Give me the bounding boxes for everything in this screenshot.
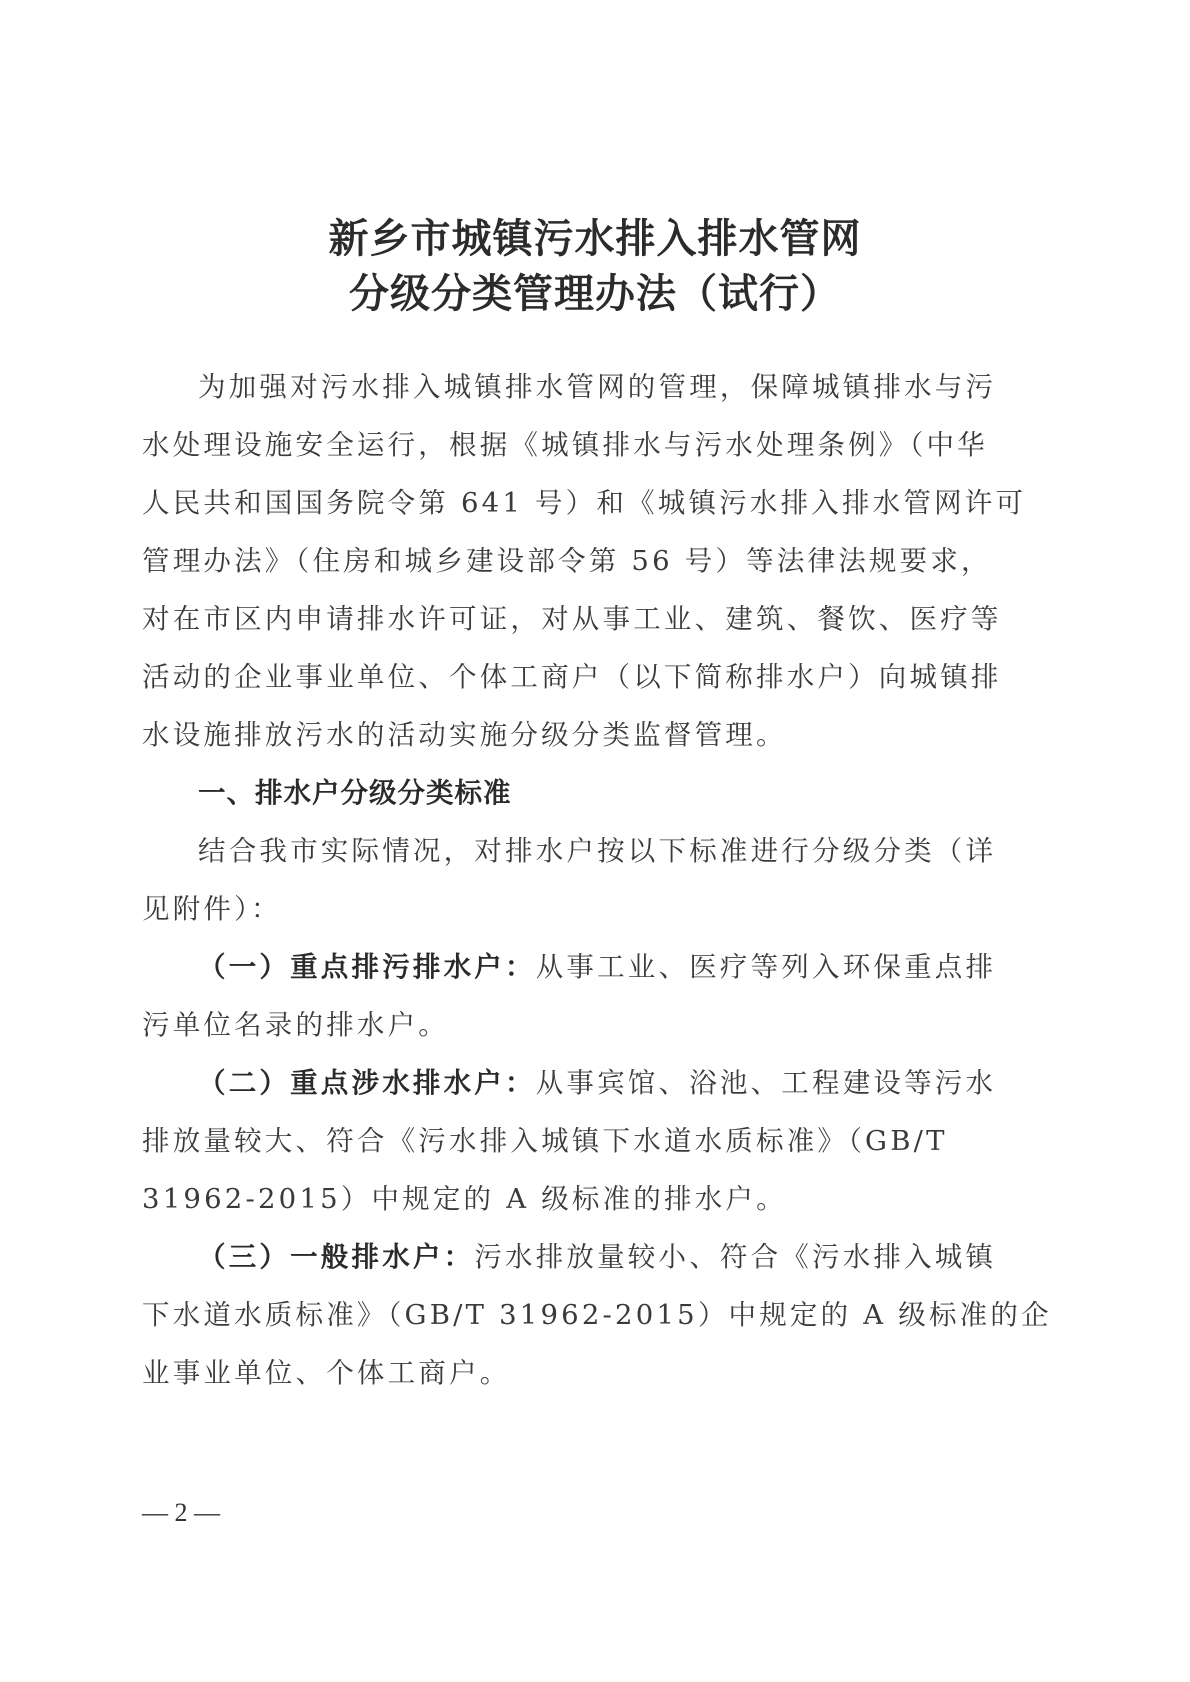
intro-line-4: 管理办法》（住房和城乡建设部令第 56 号）等法律法规要求， — [142, 544, 1022, 578]
list-item-3-line-3: 业事业单位、个体工商户。 — [142, 1356, 1022, 1390]
list-item-2-line-2: 排放量较大、符合《污水排入城镇下水道水质标准》（GB/T — [142, 1124, 1022, 1158]
list-item-3-line-1: （三）一般排水户：污水排放量较小、符合《污水排入城镇 — [198, 1240, 1078, 1274]
list-item-2-text: 从事宾馆、浴池、工程建设等污水 — [536, 1067, 997, 1099]
list-item-3-line-2: 下水道水质标准》（GB/T 31962-2015）中规定的 A 级标准的企 — [142, 1298, 1022, 1332]
list-item-1-line-1: （一）重点排污排水户：从事工业、医疗等列入环保重点排 — [198, 950, 1078, 984]
document-title-line-1: 新乡市城镇污水排入排水管网 — [0, 207, 1190, 264]
intro-line-2: 水处理设施安全运行，根据《城镇排水与污水处理条例》（中华 — [142, 428, 1022, 462]
section-intro-line-1: 结合我市实际情况，对排水户按以下标准进行分级分类（详 — [198, 834, 1078, 868]
document-title-line-2: 分级分类管理办法（试行） — [0, 262, 1190, 319]
intro-line-5: 对在市区内申请排水许可证，对从事工业、建筑、餐饮、医疗等 — [142, 602, 1022, 636]
list-item-1-line-2: 污单位名录的排水户。 — [142, 1008, 1022, 1042]
intro-line-3: 人民共和国国务院令第 641 号）和《城镇污水排入排水管网许可 — [142, 486, 1022, 520]
document-page: 新乡市城镇污水排入排水管网 分级分类管理办法（试行） 为加强对污水排入城镇排水管… — [0, 0, 1190, 1682]
list-item-1-label: （一）重点排污排水户： — [198, 951, 536, 983]
list-item-2-line-1: （二）重点涉水排水户：从事宾馆、浴池、工程建设等污水 — [198, 1066, 1078, 1100]
list-item-1-text: 从事工业、医疗等列入环保重点排 — [536, 951, 997, 983]
list-item-2-line-3: 31962-2015）中规定的 A 级标准的排水户。 — [142, 1182, 1022, 1216]
list-item-2-label: （二）重点涉水排水户： — [198, 1067, 536, 1099]
intro-line-1: 为加强对污水排入城镇排水管网的管理，保障城镇排水与污 — [198, 370, 1022, 404]
list-item-3-text: 污水排放量较小、符合《污水排入城镇 — [474, 1241, 996, 1273]
section-heading: 一、排水户分级分类标准 — [198, 776, 1078, 810]
section-intro-line-2: 见附件）： — [142, 892, 1022, 926]
page-number: — 2 — — [142, 1498, 220, 1528]
intro-line-6: 活动的企业事业单位、个体工商户（以下简称排水户）向城镇排 — [142, 660, 1022, 694]
intro-line-7: 水设施排放污水的活动实施分级分类监督管理。 — [142, 718, 1022, 752]
list-item-3-label: （三）一般排水户： — [198, 1241, 474, 1273]
